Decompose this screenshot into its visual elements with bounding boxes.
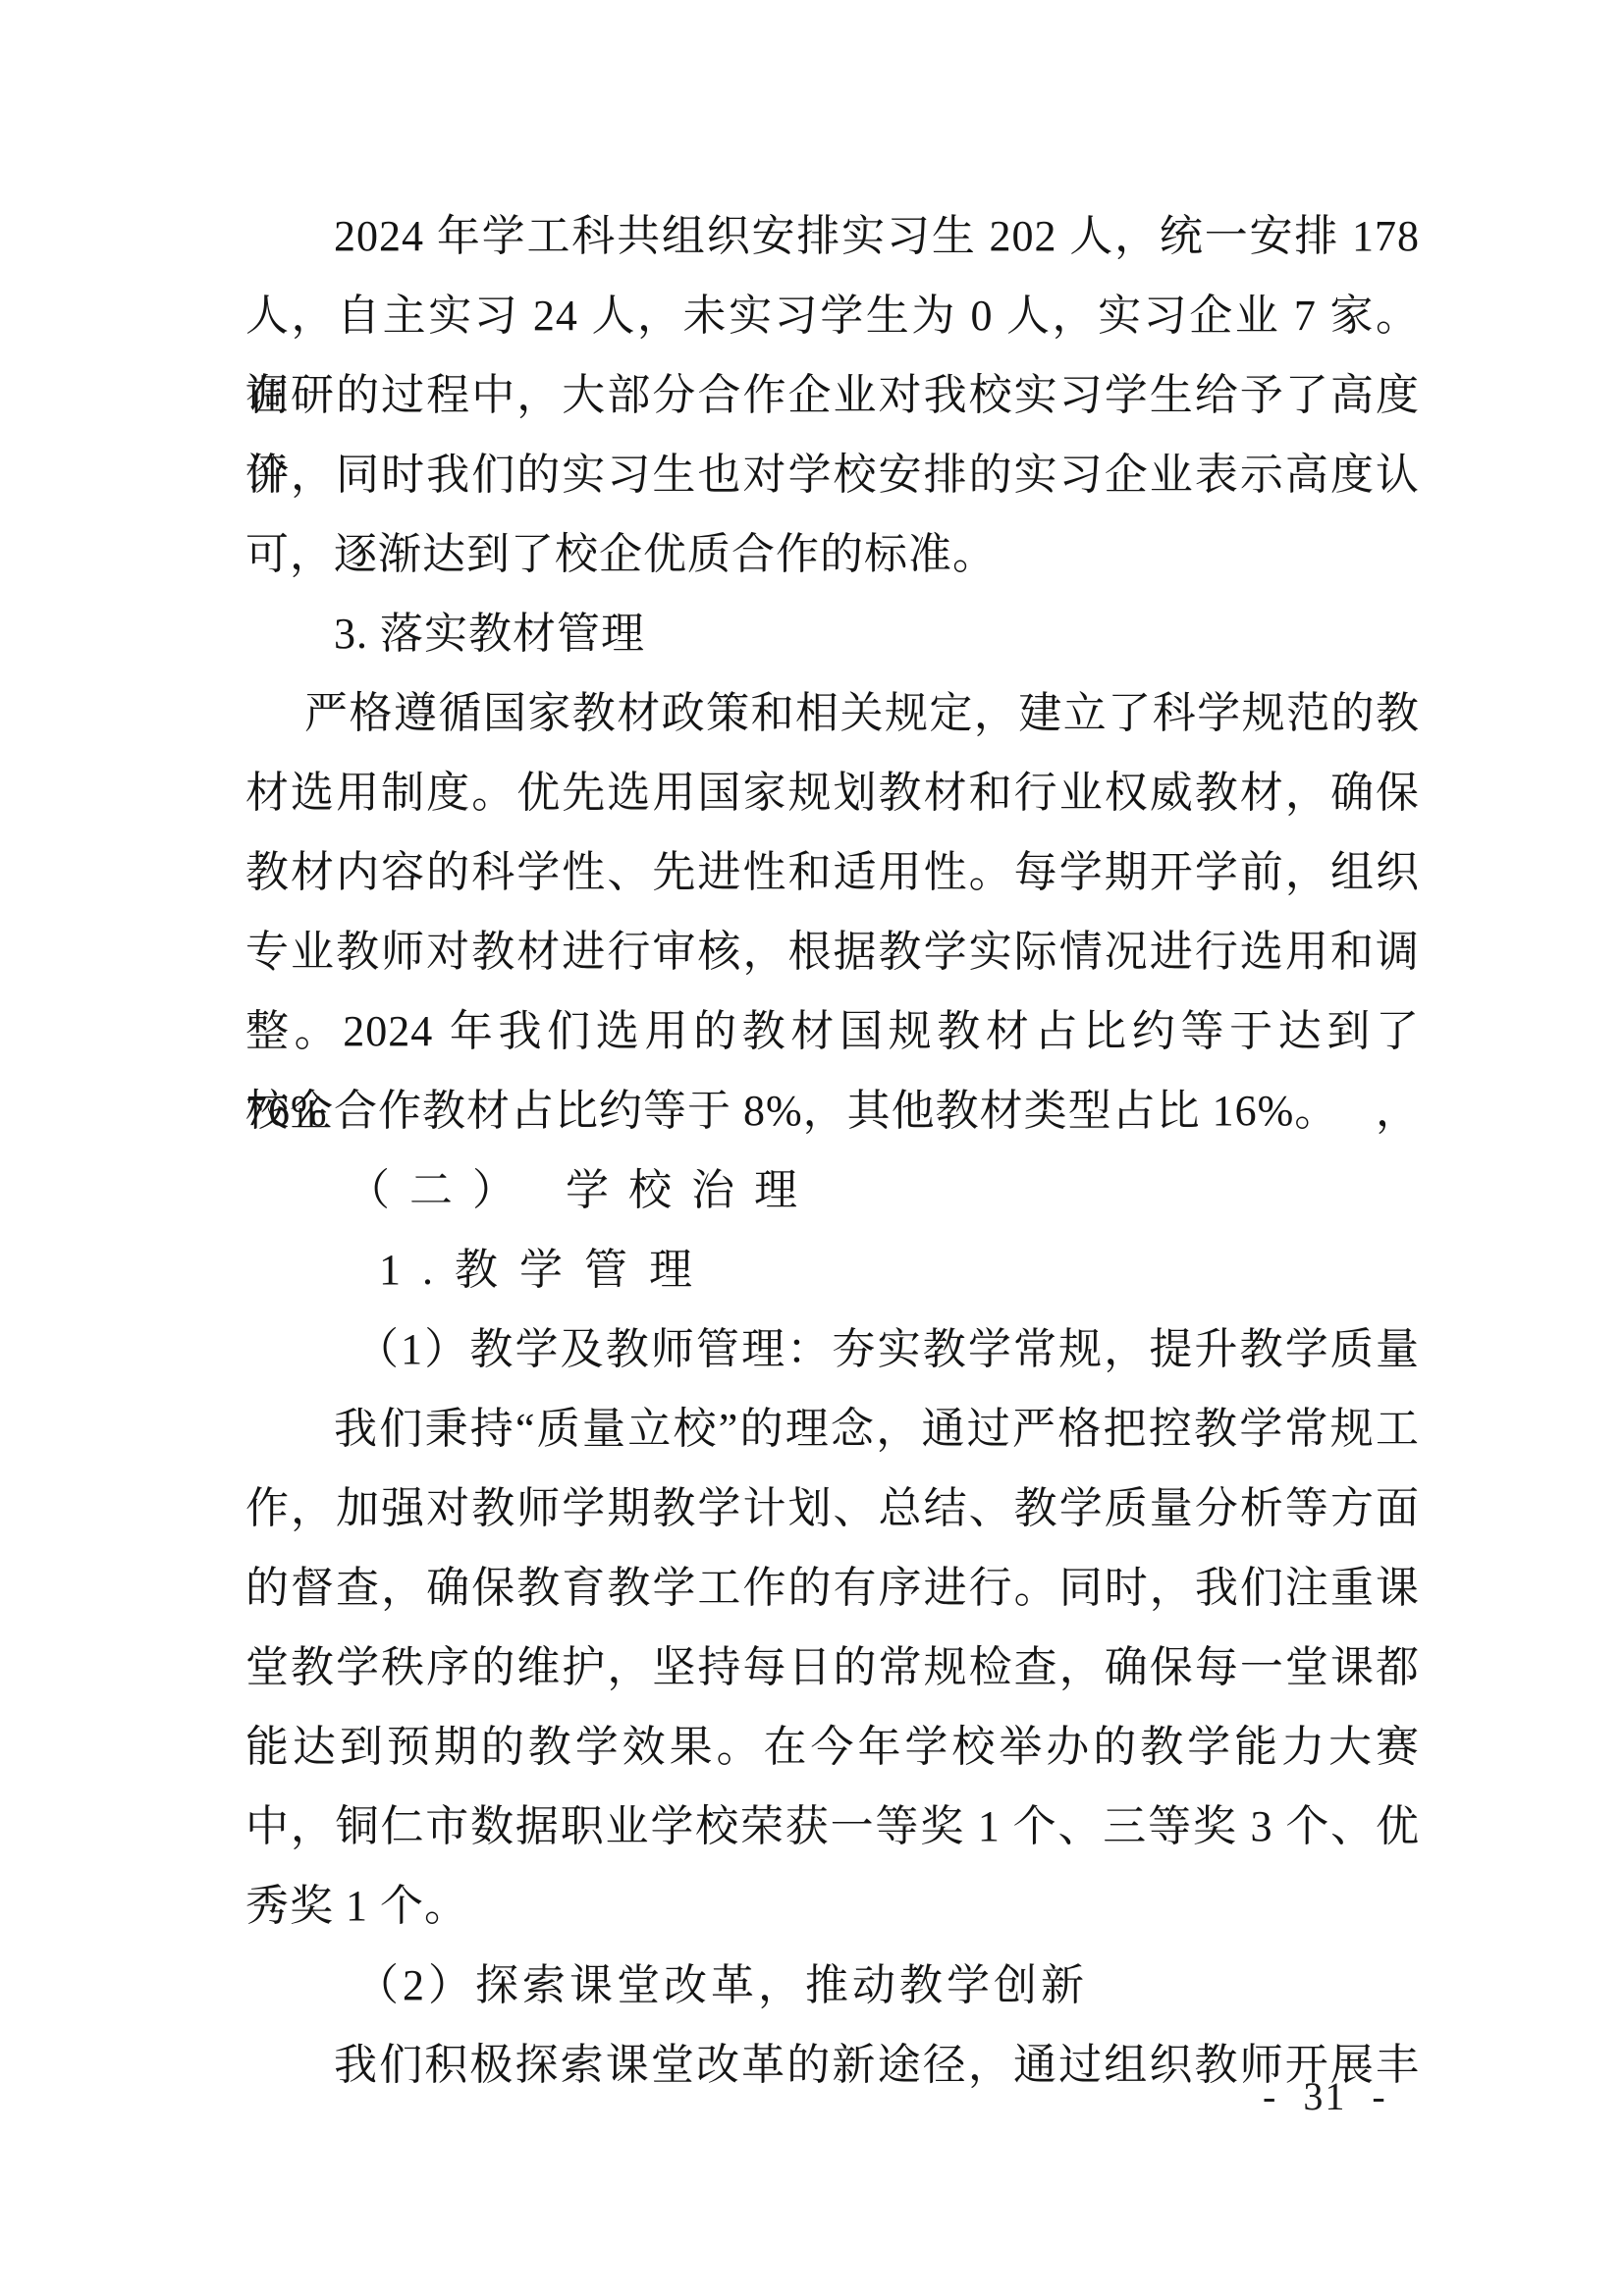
- text-line: 校企合作教材占比约等于 8%，其他教材类型占比 16%。: [245, 1071, 1420, 1150]
- document-body: 2024 年学工科共组织安排实习生 202 人，统一安排 178 人，自主实习 …: [245, 196, 1420, 2105]
- text-line: 严格遵循国家教材政策和相关规定，建立了科学规范的教: [245, 673, 1420, 753]
- text-line: 价，同时我们的实习生也对学校安排的实习企业表示高度认: [245, 435, 1420, 514]
- text-line: 整。2024 年我们选用的教材国规教材占比约等于达到了 76%，: [245, 991, 1420, 1071]
- page-number: - 31 -: [1263, 2073, 1387, 2120]
- text-line: 人，自主实习 24 人，未实习学生为 0 人，实习企业 7 家。在: [245, 276, 1420, 355]
- heading-line: （二） 学校治理: [245, 1150, 1420, 1230]
- heading-line: （2）探索课堂改革，推动教学创新: [245, 1946, 1420, 2025]
- text-line: 材选用制度。优先选用国家规划教材和行业权威教材，确保: [245, 753, 1420, 832]
- heading-line: （1）教学及教师管理：夯实教学常规，提升教学质量: [245, 1309, 1420, 1389]
- text-line: 调研的过程中，大部分合作企业对我校实习学生给予了高度评: [245, 355, 1420, 435]
- text-line: 的督查，确保教育教学工作的有序进行。同时，我们注重课: [245, 1548, 1420, 1628]
- text-line: 我们积极探索课堂改革的新途径，通过组织教师开展丰: [245, 2025, 1420, 2105]
- text-line: 堂教学秩序的维护，坚持每日的常规检查，确保每一堂课都: [245, 1628, 1420, 1707]
- text-line: 能达到预期的教学效果。在今年学校举办的教学能力大赛: [245, 1707, 1420, 1787]
- text-line: 2024 年学工科共组织安排实习生 202 人，统一安排 178: [245, 196, 1420, 276]
- heading-line: 3. 落实教材管理: [245, 594, 1420, 673]
- text-line: 可，逐渐达到了校企优质合作的标准。: [245, 514, 1420, 594]
- document-page: 2024 年学工科共组织安排实习生 202 人，统一安排 178 人，自主实习 …: [0, 0, 1624, 2296]
- text-line: 作，加强对教师学期教学计划、总结、教学质量分析等方面: [245, 1468, 1420, 1548]
- text-line: 中，铜仁市数据职业学校荣获一等奖 1 个、三等奖 3 个、优: [245, 1787, 1420, 1866]
- text-line: 我们秉持“质量立校”的理念，通过严格把控教学常规工: [245, 1389, 1420, 1468]
- text-line: 教材内容的科学性、先进性和适用性。每学期开学前，组织: [245, 832, 1420, 912]
- heading-line: 1.教学管理: [245, 1230, 1420, 1309]
- text-line: 秀奖 1 个。: [245, 1866, 1420, 1946]
- text-line: 专业教师对教材进行审核，根据教学实际情况进行选用和调: [245, 912, 1420, 991]
